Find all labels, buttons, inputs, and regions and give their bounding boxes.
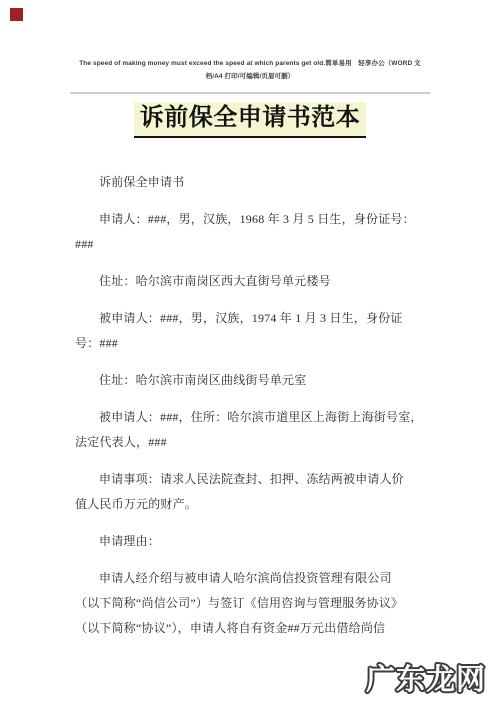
body-paragraph: 申请人经介绍与被申请人哈尔滨尚信投资管理有限公司 （以下简称“尚信公司”）与签订…	[75, 566, 433, 641]
body-paragraph: 被申请人：###，男，汉族，1974 年 1 月 3 日生，身份证 号：###	[75, 306, 433, 356]
watermark-text: 广东龙网	[366, 663, 486, 696]
corner-logo-square	[10, 8, 23, 21]
header-divider	[70, 92, 430, 94]
title-row: 诉前保全申请书范本	[0, 102, 500, 138]
document-page: The speed of making money must exceed th…	[0, 0, 500, 708]
body-paragraph: 申请理由：	[75, 529, 433, 554]
page-header: The speed of making money must exceed th…	[70, 57, 430, 94]
header-tagline: The speed of making money must exceed th…	[70, 57, 430, 83]
body-paragraph: 诉前保全申请书	[75, 170, 433, 195]
body-paragraph: 申请事项：请求人民法院查封、扣押、冻结两被申请人价 值人民币万元的财产。	[75, 467, 433, 517]
document-body: 诉前保全申请书 申请人：###，男，汉族，1968 年 3 月 5 日生，身份证…	[75, 170, 433, 653]
watermark: 广东龙网	[358, 654, 494, 700]
body-paragraph: 住址：哈尔滨市南岗区曲线街号单元室	[75, 368, 433, 393]
body-paragraph: 被申请人：###，住所：哈尔滨市道里区上海街上海街号室， 法定代表人，###	[75, 405, 433, 455]
body-paragraph: 住址：哈尔滨市南岗区西大直街号单元楼号	[75, 269, 433, 294]
body-paragraph: 申请人：###，男，汉族，1968 年 3 月 5 日生，身份证号： ###	[75, 207, 433, 257]
document-title: 诉前保全申请书范本	[134, 102, 367, 138]
